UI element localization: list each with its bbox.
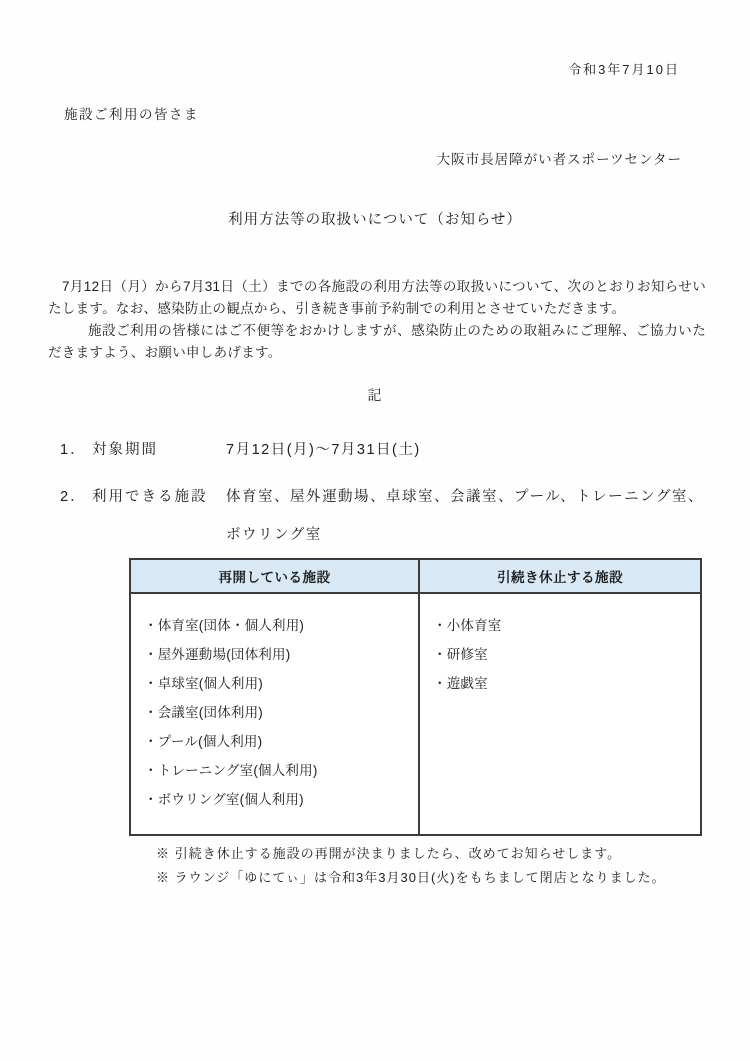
item-value-facilities-line1: 体育室、屋外運動場、卓球室、会議室、プール、トレーニング室、 — [226, 485, 704, 506]
item-value-period: 7月12日(月)～7月31日(土) — [226, 438, 421, 459]
facility-list-item: ・遊戯室 — [433, 669, 694, 698]
ki-marker: 記 — [0, 385, 750, 405]
issue-date: 令和3年7月10日 — [568, 59, 680, 78]
footnotes: ※ 引続き休止する施設の再開が決まりましたら、改めてお知らせします。 ※ ラウン… — [156, 842, 666, 890]
facilities-table-body: ・体育室(団体・個人利用) ・屋外運動場(団体利用) ・卓球室(個人利用) ・会… — [131, 594, 700, 834]
item-value-facilities-line2: ボウリング室 — [226, 523, 322, 544]
list-item-available-facilities-cont: ボウリング室 — [0, 523, 750, 545]
facility-list-item: ・屋外運動場(団体利用) — [144, 640, 412, 669]
item-label-period: 対象期間 — [92, 438, 158, 459]
sender-organization: 大阪市長居障がい者スポーツセンター — [437, 148, 682, 168]
paragraph-apology: 施設ご利用の皆様にはご不便等をおかけしますが、感染防止のための取組みにご理解、ご… — [48, 320, 706, 364]
facilities-table-header-row: 再開している施設 引続き休止する施設 — [131, 560, 700, 594]
item-number: 1． — [60, 438, 87, 459]
closed-facilities-cell: ・小体育室 ・研修室 ・遊戯室 — [420, 594, 700, 834]
list-item-target-period: 1． 対象期間 7月12日(月)～7月31日(土) — [0, 438, 750, 460]
table-header-closed-facilities: 引続き休止する施設 — [420, 560, 700, 592]
facility-list-item: ・卓球室(個人利用) — [144, 669, 412, 698]
facility-list-item: ・研修室 — [433, 640, 694, 669]
facility-list-item: ・会議室(団体利用) — [144, 698, 412, 727]
list-item-available-facilities: 2． 利用できる施設 体育室、屋外運動場、卓球室、会議室、プール、トレーニング室… — [0, 485, 750, 507]
body-paragraphs: 7月12日（月）から7月31日（土）までの各施設の利用方法等の取扱いについて、次… — [48, 276, 706, 364]
facility-list-item: ・小体育室 — [433, 611, 694, 640]
paragraph-announcement: 7月12日（月）から7月31日（土）までの各施設の利用方法等の取扱いについて、次… — [48, 276, 706, 320]
document-title: 利用方法等の取扱いについて（お知らせ） — [0, 208, 750, 229]
table-header-open-facilities: 再開している施設 — [131, 560, 420, 592]
footnote-lounge-closed: ※ ラウンジ「ゆにてぃ」は令和3年3月30日(火)をもちまして閉店となりました。 — [156, 866, 666, 890]
facility-list-item: ・体育室(団体・個人利用) — [144, 611, 412, 640]
item-number: 2． — [60, 485, 87, 506]
addressee: 施設ご利用の皆さま — [64, 103, 199, 123]
footnote-reopen: ※ 引続き休止する施設の再開が決まりましたら、改めてお知らせします。 — [156, 842, 666, 866]
document-page: 令和3年7月10日 施設ご利用の皆さま 大阪市長居障がい者スポーツセンター 利用… — [0, 0, 750, 1061]
item-label-facilities: 利用できる施設 — [92, 485, 208, 506]
facility-list-item: ・プール(個人利用) — [144, 727, 412, 756]
facility-list-item: ・トレーニング室(個人利用) — [144, 756, 412, 785]
facilities-table: 再開している施設 引続き休止する施設 ・体育室(団体・個人利用) ・屋外運動場(… — [129, 558, 702, 836]
facility-list-item: ・ボウリング室(個人利用) — [144, 785, 412, 814]
open-facilities-cell: ・体育室(団体・個人利用) ・屋外運動場(団体利用) ・卓球室(個人利用) ・会… — [131, 594, 420, 834]
